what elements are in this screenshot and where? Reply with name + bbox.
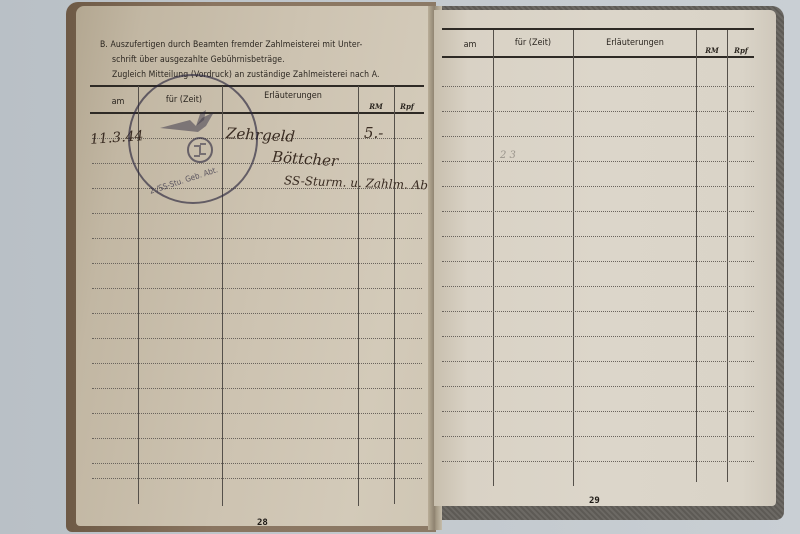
page-number-right: 29 — [589, 496, 600, 506]
row-line — [92, 363, 422, 364]
col-header-am: am — [98, 97, 138, 107]
header-top-rule — [90, 85, 424, 87]
row-line — [442, 436, 754, 437]
row-line — [442, 186, 754, 187]
row-line — [92, 338, 422, 339]
row-line — [442, 86, 754, 87]
eagle-emblem-icon — [156, 106, 236, 166]
row-line — [442, 286, 754, 287]
row-line — [442, 261, 754, 262]
col-header-rpf: Rpf — [728, 46, 754, 55]
row-line — [92, 288, 422, 289]
instruction-line-1: B. Auszufertigen durch Beamten fremder Z… — [100, 38, 430, 53]
right-page: am für (Zeit) Erläuterungen RM Rpf 2 3 2… — [434, 10, 776, 506]
row-line — [442, 361, 754, 362]
open-booklet: B. Auszufertigen durch Beamten fremder Z… — [66, 2, 784, 532]
row-line — [442, 236, 754, 237]
row-line — [92, 463, 422, 464]
page-number-left: 28 — [257, 518, 268, 528]
left-page: B. Auszufertigen durch Beamten fremder Z… — [76, 6, 438, 526]
entry-rank: SS-Sturm. u. Zahlm. Ab. — [284, 173, 432, 192]
row-line — [92, 413, 422, 414]
entry-signature: Böttcher — [271, 148, 338, 171]
col-divider — [493, 30, 494, 486]
row-line — [442, 111, 754, 112]
row-line — [92, 313, 422, 314]
row-line — [92, 238, 422, 239]
instruction-line-2: schrift über ausgezahlte Gebührnisbeträg… — [100, 53, 430, 68]
col-divider — [394, 86, 395, 504]
row-line — [442, 411, 754, 412]
col-header-rpf: Rpf — [394, 102, 420, 111]
row-line — [92, 213, 422, 214]
col-divider — [358, 86, 359, 506]
row-line — [442, 336, 754, 337]
official-stamp: 2./SS-Stu. Geb. Abt. — [128, 74, 258, 204]
row-line — [442, 386, 754, 387]
header-top-rule — [442, 28, 754, 30]
row-line — [92, 263, 422, 264]
col-divider — [696, 30, 697, 482]
pencil-mark: 2 3 — [500, 150, 516, 161]
row-line — [92, 438, 422, 439]
col-header-erlaeuterungen: Erläuterungen — [226, 91, 360, 101]
col-header-rm: RM — [358, 102, 394, 111]
col-header-rm: RM — [696, 46, 728, 55]
col-divider — [727, 30, 728, 482]
row-line — [92, 478, 422, 479]
stamp-text: 2./SS-Stu. Geb. Abt. — [148, 165, 219, 196]
row-line — [92, 388, 422, 389]
row-line — [442, 461, 754, 462]
entry-amount-rm: 5.- — [364, 124, 383, 142]
col-header-fuer-zeit: für (Zeit) — [494, 38, 572, 48]
row-line — [442, 161, 754, 162]
instructions-text: B. Auszufertigen durch Beamten fremder Z… — [100, 38, 430, 83]
row-line — [442, 311, 754, 312]
instruction-line-3: Zugleich Mitteilung (Vordruck) an zustän… — [100, 68, 430, 83]
row-line — [442, 136, 754, 137]
col-divider — [573, 30, 574, 486]
row-line — [442, 211, 754, 212]
col-header-am: am — [446, 40, 494, 50]
header-bottom-rule — [442, 56, 754, 58]
col-header-erlaeuterungen: Erläuterungen — [574, 38, 696, 48]
